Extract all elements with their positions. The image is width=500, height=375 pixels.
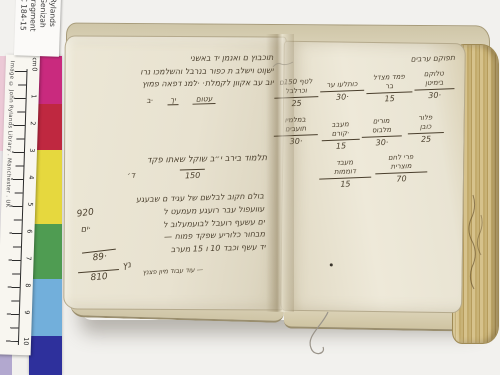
account-entry: מורים מלבוס ·30 [361,116,402,148]
right-page-header: תפוקם ערבים [410,53,455,64]
manuscript-word-underlined: יך [167,95,179,105]
account-entry: לטף 150ם וכרלבל 25 [274,77,319,109]
manuscript-line: יוב עב אקוון לקמלת· ·למנ דפאה פמוץ [88,77,274,92]
manuscript-word-underlined: עטום [193,94,216,105]
color-patch-dark-blue [29,336,62,375]
account-entry: פמד מצדל בר 15 [366,72,413,104]
left-page-number-150: 150 [180,169,206,181]
entry-amount: ·30 [414,89,454,101]
account-entry: פלור כובן 25 [407,113,444,144]
account-entry: מעבב ·קורם 15 [321,120,360,151]
account-entry: פרי לחם מוצרית 70 [375,152,428,184]
binding-thread [298,310,342,362]
left-page: תוכבוץ ם ואנמן יד באשני ישןוט וישלב ת כפ… [63,35,286,310]
manuscript-word: ·ב [146,96,153,106]
shelfmark-line: fragment [28,0,39,32]
entry-amount: ·30 [320,91,364,103]
shelfmark-line: C 184-15 [18,0,29,31]
left-page-sub-numbers: עטום יך ·ב [146,94,215,106]
right-page: תפוקם ערבים טלוקם בימיטן ·30 פמד מצדל בר… [280,41,466,314]
ruler-number: 3 [28,148,35,152]
ruler-number: 7 [25,256,32,260]
entry-amount: ·30 [362,136,402,148]
sum-line-89: ·89 [82,249,117,265]
photograph-stage: Image © John Rylands Library . Mancheste… [0,0,500,375]
account-entry: במלמיו תועבים ·30 [273,115,318,147]
ruler-number: 6 [26,229,33,233]
ruler-number: 5 [27,202,34,206]
account-entry: כותלעו ער ·30 [320,80,365,103]
entry-amount: ·30 [274,135,318,147]
margin-number: ·ים [80,224,91,235]
shelfmark-text: RylandsGenizahfragmentC 184-15 [18,0,58,32]
ruler-number: 0 [31,67,38,71]
ruler-number: 2 [29,121,36,125]
ruler-number: 9 [23,310,30,314]
sum-note: — עוד עבוד מיון פצנץ [142,266,203,277]
left-page-top-paragraph: תוכבוץ ם ואנמן יד באשני ישןוט וישלב ת כפ… [87,52,273,92]
ruler-number: 4 [28,175,35,179]
sum-total-810: 810 [78,269,120,284]
account-entry: מעבד דוממות 15 [318,158,371,190]
ruler-unit-label: cm [31,57,38,66]
ruler-number: 10 [22,337,29,345]
color-patch-light-blue [29,279,62,336]
shelfmark-line: Rylands [47,0,58,32]
ruler-number: 8 [24,283,31,287]
entry-amount: 25 [408,133,444,144]
entry-amount: 15 [319,178,371,190]
left-page-middle-line: תלמוד בירב י״ב שוקל שאתו פקד [87,153,267,167]
shelfmark-line: Genizah [37,0,48,32]
pencil-scribble [272,60,294,70]
entry-amount: 25 [274,97,318,109]
entry-amount: 15 [366,92,412,104]
left-page-side-mark: ד׳ [127,171,135,180]
sum-squiggle: נץ [122,260,132,271]
entry-amount: 15 [322,140,360,151]
ruler-number: 1 [30,94,37,98]
entry-amount: 70 [375,172,427,184]
ink-speck [330,263,333,266]
account-entry: טלוקם בימיטן ·30 [414,69,455,101]
shelfmark-label: RylandsGenizahfragmentC 184-15 [14,0,61,57]
